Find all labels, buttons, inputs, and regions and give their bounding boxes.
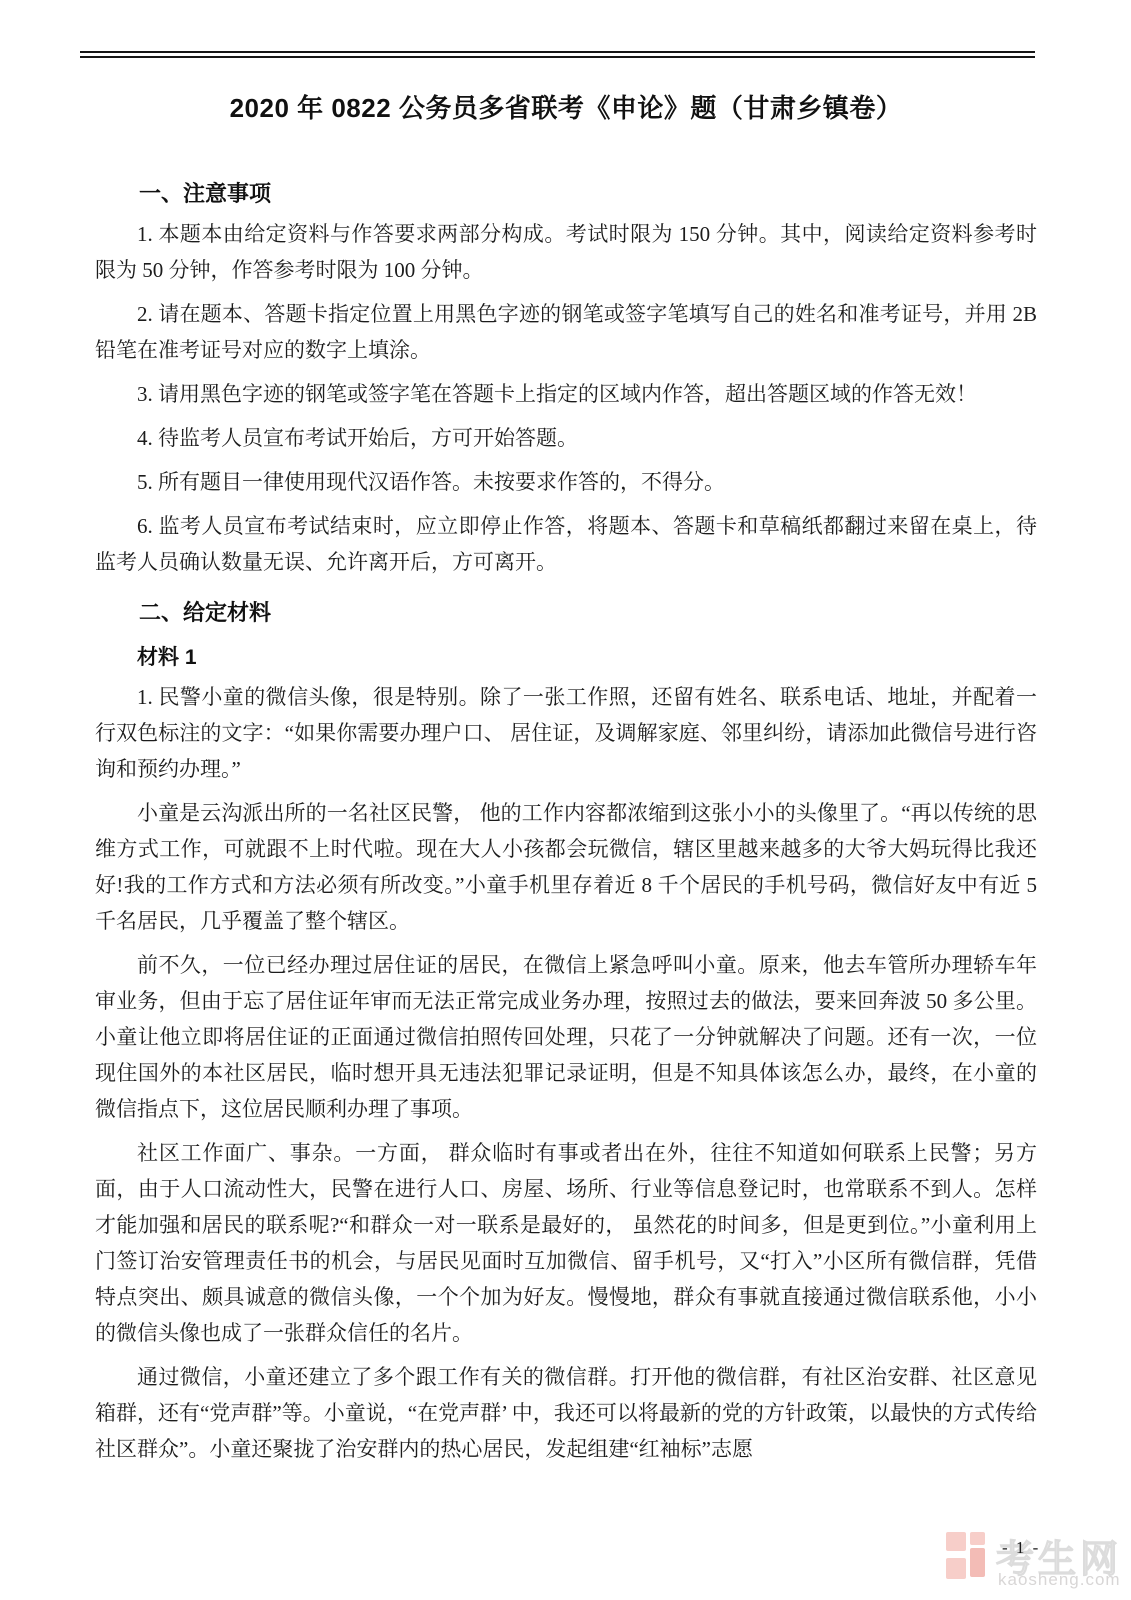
notice-item-4: 4. 待监考人员宣布考试开始后，方可开始答题。 — [95, 420, 1037, 456]
notice-item-2: 2. 请在题本、答题卡指定位置上用黑色字迹的钢笔或签字笔填写自己的姓名和准考证号… — [95, 296, 1037, 368]
notice-item-1: 1. 本题本由给定资料与作答要求两部分构成。考试时限为 150 分钟。其中，阅读… — [95, 216, 1037, 288]
logo-square-top-left — [946, 1532, 966, 1551]
notice-item-6: 6. 监考人员宣布考试结束时，应立即停止作答，将题本、答题卡和草稿纸都翻过来留在… — [95, 508, 1037, 580]
material-1-heading: 材料 1 — [95, 641, 1037, 671]
document-content: 2020 年 0822 公务员多省联考《申论》题（甘肃乡镇卷） 一、注意事项 1… — [95, 0, 1037, 1475]
watermark: 考生网 kaosheng.com - 1 - — [946, 1528, 1131, 1590]
material-paragraph-5: 通过微信，小童还建立了多个跟工作有关的微信群。打开他的微信群，有社区治安群、社区… — [95, 1359, 1037, 1467]
material-paragraph-2: 小童是云沟派出所的一名社区民警， 他的工作内容都浓缩到这张小小的头像里了。“再以… — [95, 795, 1037, 939]
document-page: 2020 年 0822 公务员多省联考《申论》题（甘肃乡镇卷） 一、注意事项 1… — [0, 0, 1131, 1600]
section-heading-materials: 二、给定材料 — [95, 596, 1037, 627]
material-paragraph-4: 社区工作面广、事杂。一方面， 群众临时有事或者出在外，往往不知道如何联系上民警；… — [95, 1135, 1037, 1351]
logo-square-top-right — [970, 1532, 985, 1545]
kaosheng-logo-icon — [946, 1532, 986, 1582]
material-paragraph-3: 前不久，一位已经办理过居住证的居民，在微信上紧急呼叫小童。原来，他去车管所办理轿… — [95, 947, 1037, 1127]
page-number: - 1 - — [1002, 1538, 1040, 1558]
watermark-domain: kaosheng.com — [998, 1570, 1121, 1590]
section-heading-notices: 一、注意事项 — [95, 177, 1037, 208]
page-title: 2020 年 0822 公务员多省联考《申论》题（甘肃乡镇卷） — [95, 88, 1037, 125]
logo-bar-right — [970, 1548, 985, 1577]
material-paragraph-1: 1. 民警小童的微信头像，很是特别。除了一张工作照，还留有姓名、联系电话、地址，… — [95, 679, 1037, 787]
logo-square-bottom-left — [946, 1558, 966, 1579]
notice-item-3: 3. 请用黑色字迹的钢笔或签字笔在答题卡上指定的区域内作答，超出答题区域的作答无… — [95, 376, 1037, 412]
notice-item-5: 5. 所有题目一律使用现代汉语作答。未按要求作答的，不得分。 — [95, 464, 1037, 500]
